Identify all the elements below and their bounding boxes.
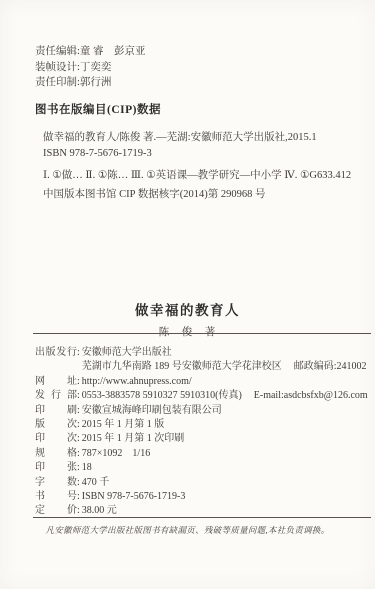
colophon-label: 印刷 [35, 401, 77, 416]
cip-heading: 图书在版编目(CIP)数据 [35, 101, 161, 117]
colophon-value: ISBN 978-7-5676-1719-3 [82, 491, 186, 502]
colophon-row: 字数:470 千 [35, 473, 370, 487]
colophon-value: 芜湖市九华南路 189 号安徽师范大学花津校区 [82, 357, 282, 372]
colophon-extra: E-mail:asdcbsfxb@126.com [254, 390, 368, 401]
colophon-label: 书号 [35, 487, 77, 502]
design-credit-line: 装帧设计:丁奕奕 [35, 60, 146, 76]
divider-line-top [33, 333, 371, 334]
colophon-row: 印刷:安徽宣城海峰印刷包装有限公司 [35, 401, 370, 415]
colophon-row: 印次:2015 年 1 月第 1 次印刷 [35, 429, 370, 443]
editor-credits-block: 责任编辑:童 睿 彭京亚 装帧设计:丁奕奕 责任印制:郭行洲 [35, 44, 146, 91]
colophon-row: 出版发行:安徽师范大学出版社 [35, 343, 370, 357]
colophon-row: 定价:38.00 元 [35, 501, 370, 515]
colophon-colon: : [77, 390, 80, 401]
colophon-colon: : [77, 505, 80, 516]
colophon-value: 安徽师范大学出版社 [82, 343, 172, 358]
colophon-label: 规格 [35, 444, 77, 459]
book-title: 做幸福的教育人 [0, 299, 375, 319]
colophon-colon: : [77, 405, 80, 416]
colophon-colon: : [77, 347, 80, 358]
colophon-row: 印张:18 [35, 458, 370, 472]
copyright-page: 责任编辑:童 睿 彭京亚 装帧设计:丁奕奕 责任印制:郭行洲 图书在版编目(CI… [0, 0, 375, 589]
colophon-colon: : [77, 448, 80, 459]
colophon-value: 787×1092 1/16 [82, 444, 150, 459]
colophon-colon: : [77, 462, 80, 473]
colophon-row: :芜湖市九华南路 189 号安徽师范大学花津校区邮政编码:241002 [35, 357, 370, 371]
colophon-label: 印张 [35, 458, 77, 473]
quality-notice: 凡安徽师范大学出版社版图书有缺漏页、残破等质量问题,本社负责调换。 [0, 524, 375, 536]
colophon-extra: 邮政编码:241002 [294, 357, 367, 372]
colophon-label: 出版发行 [35, 343, 77, 358]
colophon-colon: : [77, 477, 80, 488]
colophon-row: 版次:2015 年 1 月第 1 版 [35, 415, 370, 429]
colophon-value: 安徽宣城海峰印刷包装有限公司 [82, 401, 222, 416]
colophon-label: 字数 [35, 473, 77, 488]
print-credit-line: 责任印制:郭行洲 [35, 75, 146, 91]
colophon-colon: : [77, 376, 80, 387]
colophon-block: 出版发行:安徽师范大学出版社 :芜湖市九华南路 189 号安徽师范大学花津校区邮… [35, 343, 370, 516]
cip-title-line: 做幸福的教育人/陈俊 著.—芜湖:安徽师范大学出版社,2015.1 [43, 130, 351, 146]
colophon-row: 规格:787×1092 1/16 [35, 444, 370, 458]
colophon-row: 书号:ISBN 978-7-5676-1719-3 [35, 487, 370, 501]
editor-credit-line: 责任编辑:童 睿 彭京亚 [35, 44, 146, 60]
colophon-colon: : [77, 491, 80, 502]
colophon-colon: : [77, 433, 80, 444]
book-author: 陈 俊 著 [0, 324, 375, 339]
colophon-label: 发行部 [35, 386, 77, 401]
colophon-value: http://www.ahnupress.com/ [82, 376, 192, 387]
colophon-label: 定价 [35, 501, 77, 516]
colophon-row: 发行部:0553-3883578 5910327 5910310(传真)E-ma… [35, 386, 370, 400]
cip-data-block: 做幸福的教育人/陈俊 著.—芜湖:安徽师范大学出版社,2015.1 ISBN 9… [43, 130, 351, 203]
colophon-label: 印次 [35, 429, 77, 444]
colophon-value: 38.00 元 [82, 501, 117, 516]
colophon-value: 2015 年 1 月第 1 版 [82, 415, 165, 430]
colophon-value: 470 千 [82, 473, 110, 488]
colophon-row: 网址:http://www.ahnupress.com/ [35, 372, 370, 386]
cip-record-number-line: 中国版本图书馆 CIP 数据核字(2014)第 290968 号 [43, 187, 351, 203]
colophon-value: 18 [82, 462, 92, 473]
colophon-value: 2015 年 1 月第 1 次印刷 [82, 429, 185, 444]
colophon-label: 网址 [35, 372, 77, 387]
colophon-colon: : [77, 419, 80, 430]
cip-isbn-line: ISBN 978-7-5676-1719-3 [43, 146, 351, 162]
cip-classification-line: Ⅰ. ①做… Ⅱ. ①陈… Ⅲ. ①英语课—教学研究—中小学 Ⅳ. ①G633.… [43, 168, 351, 184]
divider-line-bottom [33, 517, 371, 518]
colophon-label: 版次 [35, 415, 77, 430]
colophon-value: 0553-3883578 5910327 5910310(传真) [82, 386, 242, 401]
